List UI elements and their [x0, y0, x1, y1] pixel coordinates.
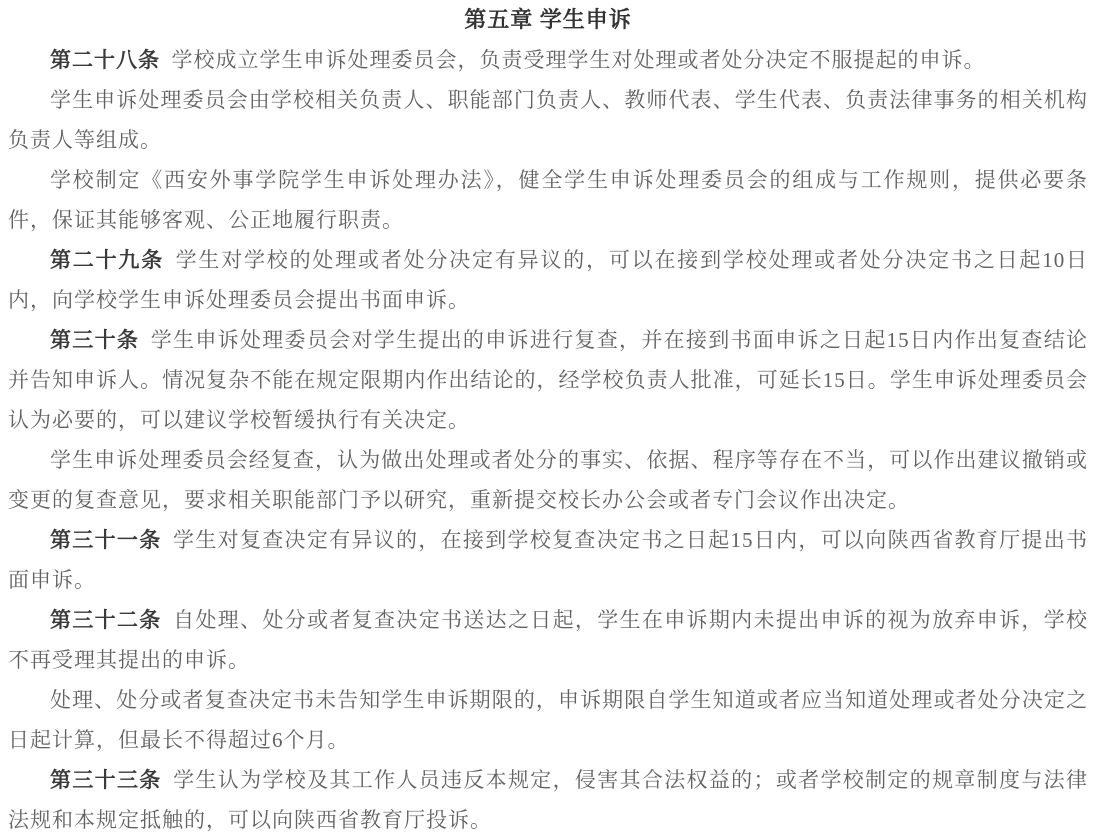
article-number: 第三十条 — [50, 328, 139, 352]
paragraph-text: 学生申诉处理委员会对学生提出的申诉进行复查，并在接到书面申诉之日起15日内作出复… — [8, 328, 1088, 432]
document-page: 第五章 学生申诉 第二十八条学校成立学生申诉处理委员会，负责受理学生对处理或者处… — [0, 0, 1102, 839]
paragraph: 第二十八条学校成立学生申诉处理委员会，负责受理学生对处理或者处分决定不服提起的申… — [8, 40, 1088, 80]
paragraph-text: 学生申诉处理委员会经复查，认为做出处理或者处分的事实、依据、程序等存在不当，可以… — [8, 448, 1088, 512]
paragraph: 处理、处分或者复查决定书未告知学生申诉期限的，申诉期限自学生知道或者应当知道处理… — [8, 680, 1088, 760]
article-number: 第二十九条 — [50, 248, 164, 272]
paragraph: 学生申诉处理委员会经复查，认为做出处理或者处分的事实、依据、程序等存在不当，可以… — [8, 440, 1088, 520]
paragraph: 学生申诉处理委员会由学校相关负责人、职能部门负责人、教师代表、学生代表、负责法律… — [8, 80, 1088, 160]
paragraph: 第三十三条学生认为学校及其工作人员违反本规定，侵害其合法权益的；或者学校制定的规… — [8, 760, 1088, 839]
paragraph-text: 学校制定《西安外事学院学生申诉处理办法》，健全学生申诉处理委员会的组成与工作规则… — [8, 168, 1088, 232]
paragraph: 第二十九条学生对学校的处理或者处分决定有异议的，可以在接到学校处理或者处分决定书… — [8, 240, 1088, 320]
article-number: 第三十三条 — [50, 768, 162, 792]
paragraph-text: 学生申诉处理委员会由学校相关负责人、职能部门负责人、教师代表、学生代表、负责法律… — [8, 88, 1088, 152]
paragraph: 第三十条学生申诉处理委员会对学生提出的申诉进行复查，并在接到书面申诉之日起15日… — [8, 320, 1088, 440]
paragraph-text: 学生对学校的处理或者处分决定有异议的，可以在接到学校处理或者处分决定书之日起10… — [8, 248, 1088, 312]
article-number: 第三十一条 — [50, 528, 162, 552]
paragraph-text: 处理、处分或者复查决定书未告知学生申诉期限的，申诉期限自学生知道或者应当知道处理… — [8, 688, 1088, 752]
paragraph-text: 学生认为学校及其工作人员违反本规定，侵害其合法权益的；或者学校制定的规章制度与法… — [8, 768, 1088, 832]
paragraph-text: 自处理、处分或者复查决定书送达之日起，学生在申诉期内未提出申诉的视为放弃申诉，学… — [8, 608, 1088, 672]
chapter-title: 第五章 学生申诉 — [8, 0, 1088, 40]
paragraph-text: 学校成立学生申诉处理委员会，负责受理学生对处理或者处分决定不服提起的申诉。 — [172, 48, 986, 72]
paragraph: 学校制定《西安外事学院学生申诉处理办法》，健全学生申诉处理委员会的组成与工作规则… — [8, 160, 1088, 240]
article-number: 第二十八条 — [50, 48, 160, 72]
paragraph: 第三十二条自处理、处分或者复查决定书送达之日起，学生在申诉期内未提出申诉的视为放… — [8, 600, 1088, 680]
article-number: 第三十二条 — [50, 608, 162, 632]
paragraph-text: 学生对复查决定有异议的，在接到学校复查决定书之日起15日内，可以向陕西省教育厅提… — [8, 528, 1088, 592]
paragraph: 第三十一条学生对复查决定有异议的，在接到学校复查决定书之日起15日内，可以向陕西… — [8, 520, 1088, 600]
